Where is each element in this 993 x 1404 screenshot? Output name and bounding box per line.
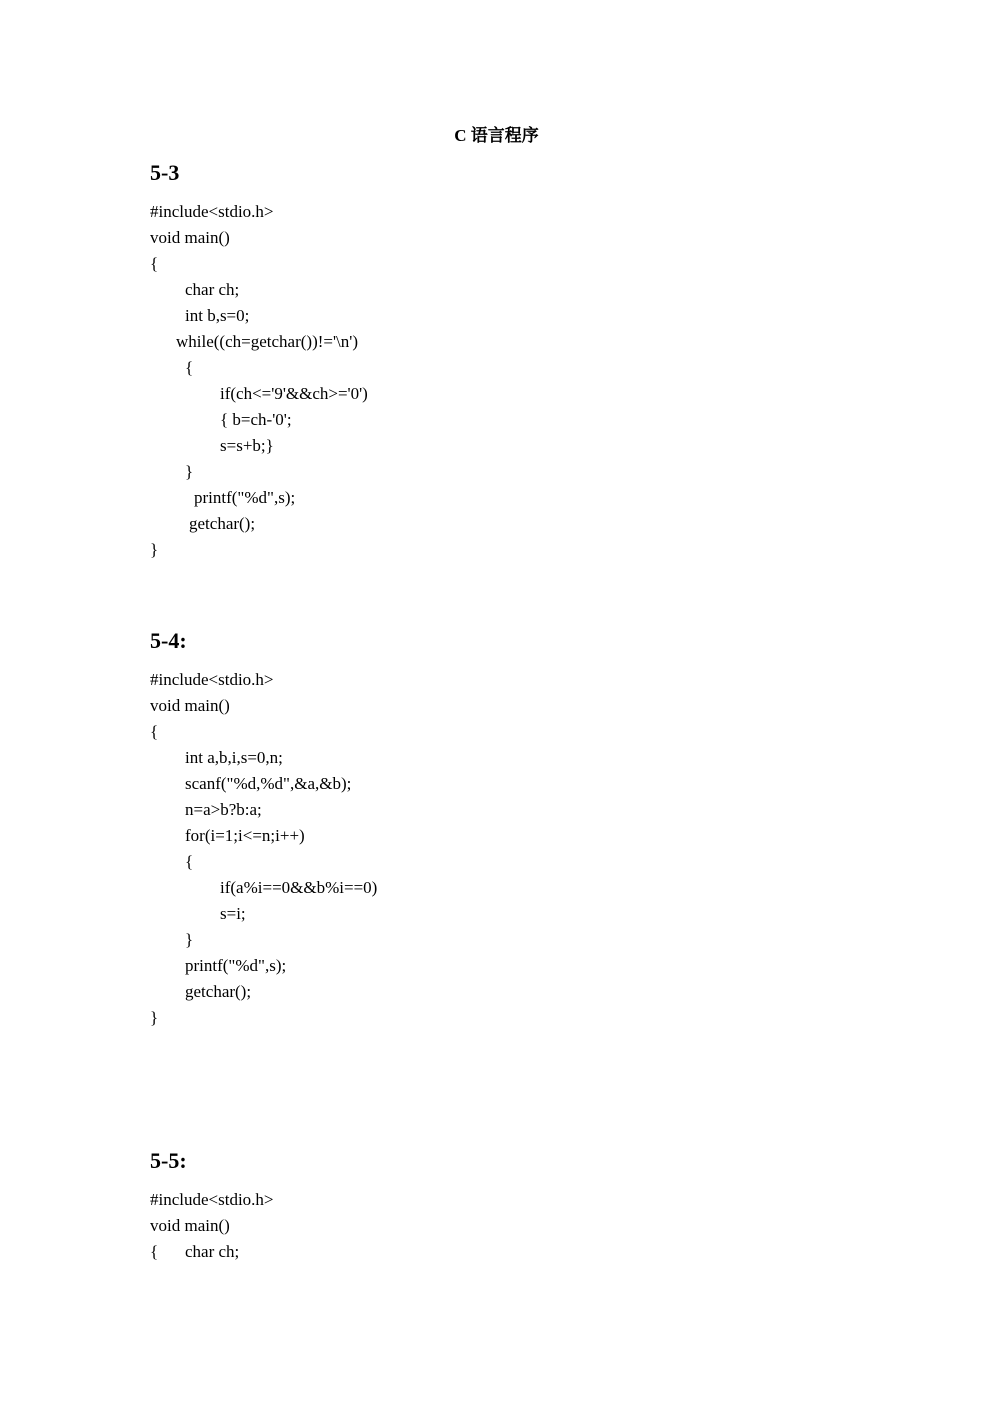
code-line: scanf("%d,%d",&a,&b); [185,774,351,794]
code-line: if(a%i==0&&b%i==0) [220,878,377,898]
code-line: { [185,852,193,872]
code-line: { [150,254,158,274]
code-line: #include<stdio.h> [150,1190,274,1210]
code-line: { [150,1242,158,1262]
code-line: printf("%d",s); [185,956,286,976]
code-line: getchar(); [185,982,251,1002]
code-line: { b=ch-'0'; [220,410,292,430]
section-heading-5-3: 5-3 [150,160,179,186]
code-line: void main() [150,228,230,248]
code-line: n=a>b?b:a; [185,800,262,820]
section-heading-5-4: 5-4: [150,628,187,654]
code-line: s=i; [220,904,246,924]
code-line: for(i=1;i<=n;i++) [185,826,305,846]
code-line: char ch; [185,1242,239,1262]
code-line: { [185,358,193,378]
code-line: getchar(); [189,514,255,534]
code-line: void main() [150,696,230,716]
code-line: printf("%d",s); [194,488,295,508]
code-line: { [150,722,158,742]
section-heading-5-5: 5-5: [150,1148,187,1174]
code-line: if(ch<='9'&&ch>='0') [220,384,368,404]
code-line: } [185,462,193,482]
document-title: C 语言程序 [0,121,993,146]
code-line: while((ch=getchar())!='\n') [176,332,358,352]
code-line: char ch; [185,280,239,300]
code-line: int a,b,i,s=0,n; [185,748,283,768]
code-line: #include<stdio.h> [150,202,274,222]
code-line: #include<stdio.h> [150,670,274,690]
code-line: } [185,930,193,950]
code-line: int b,s=0; [185,306,249,326]
code-line: void main() [150,1216,230,1236]
code-line: } [150,1008,158,1028]
code-line: s=s+b;} [220,436,274,456]
code-line: } [150,540,158,560]
